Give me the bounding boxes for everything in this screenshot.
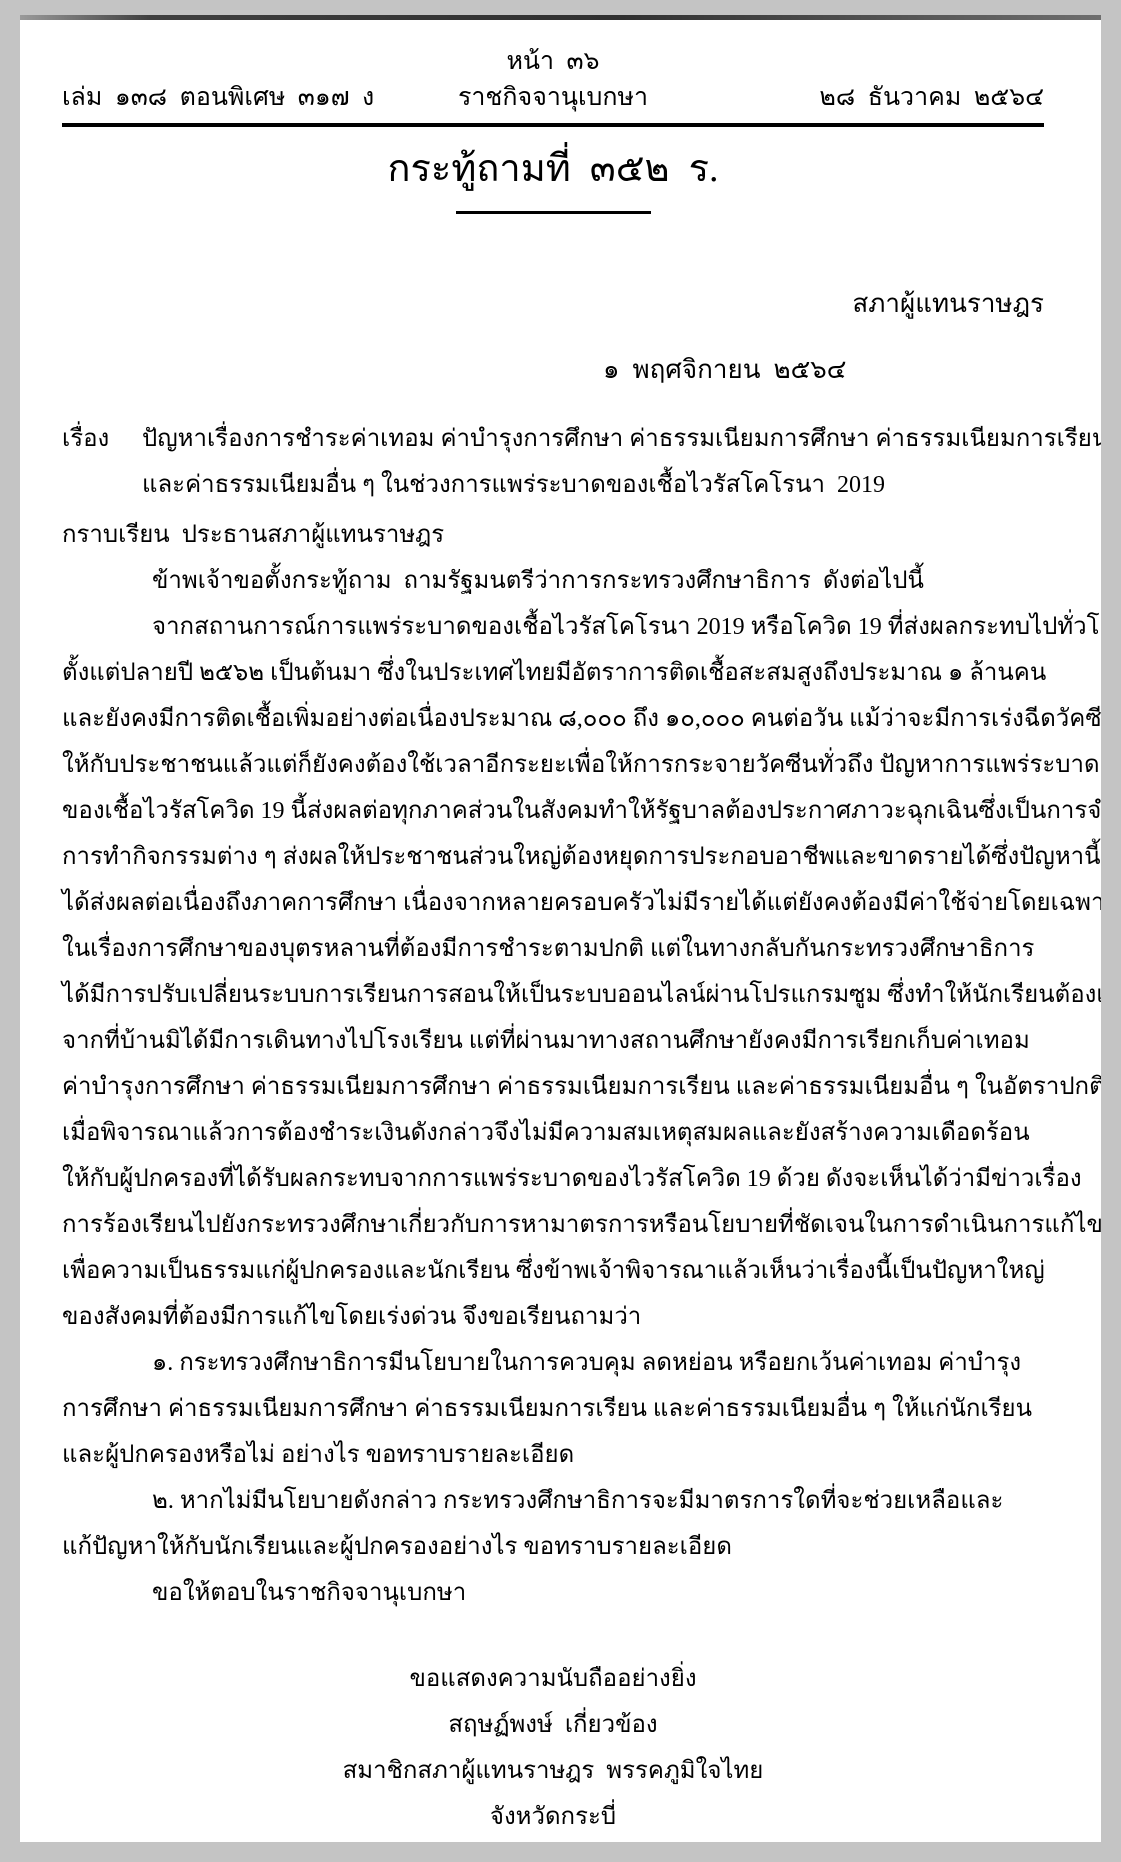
gazette-name: ราชกิจจานุเบกษา [458, 81, 648, 115]
subject-line: และค่าธรรมเนียมอื่น ๆ ในช่วงการแพร่ระบาด… [142, 462, 1101, 508]
gazette-volume: เล่ม ๑๓๘ ตอนพิเศษ ๓๑๗ ง [62, 81, 458, 115]
signer-province: จังหวัดกระบี่ [62, 1794, 1044, 1840]
subject-lines: ปัญหาเรื่องการชำระค่าเทอม ค่าบำรุงการศึก… [142, 416, 1101, 508]
page-top-scan-edge [20, 15, 1101, 20]
letter-date: ๑ พฤศจิกายน ๒๕๖๔ [603, 352, 1044, 388]
body-line: ให้กับประชาชนแล้วแต่ก็ยังคงต้องใช้เวลาอี… [62, 742, 1044, 788]
body-line: เพื่อความเป็นธรรมแก่ผู้ปกครองและนักเรียน… [62, 1248, 1044, 1294]
sender-organization: สภาผู้แทนราษฎร [62, 286, 1044, 322]
body-line: การทำกิจกรรมต่าง ๆ ส่งผลให้ประชาชนส่วนให… [62, 834, 1044, 880]
body-line: ได้ส่งผลต่อเนื่องถึงภาคการศึกษา เนื่องจา… [62, 880, 1044, 926]
title-underline [456, 211, 651, 214]
subject-label: เรื่อง [62, 416, 142, 508]
body-line: ของสังคมที่ต้องมีการแก้ไขโดยเร่งด่วน จึง… [62, 1294, 1044, 1340]
reply-request-line: ขอให้ตอบในราชกิจจานุเบกษา [62, 1570, 1044, 1616]
body-line: เมื่อพิจารณาแล้วการต้องชำระเงินดังกล่าวจ… [62, 1110, 1044, 1156]
document-title: กระทู้ถามที่ ๓๕๒ ร. [62, 139, 1044, 199]
body-line: และยังคงมีการติดเชื้อเพิ่มอย่างต่อเนื่อง… [62, 696, 1044, 742]
body-line: จากสถานการณ์การแพร่ระบาดของเชื้อไวรัสโคโ… [62, 604, 1044, 650]
question-1-line: ๑. กระทรวงศึกษาธิการมีนโยบายในการควบคุม … [62, 1340, 1044, 1386]
gazette-issue-date: ๒๘ ธันวาคม ๒๕๖๔ [648, 81, 1044, 115]
document-page: หน้า ๓๖ เล่ม ๑๓๘ ตอนพิเศษ ๓๑๗ ง ราชกิจจา… [20, 15, 1101, 1842]
intro-line: ข้าพเจ้าขอตั้งกระทู้ถาม ถามรัฐมนตรีว่ากา… [62, 558, 1044, 604]
body-line: ให้กับผู้ปกครองที่ได้รับผลกระทบจากการแพร… [62, 1156, 1044, 1202]
masthead-divider-rule [62, 123, 1044, 127]
question-1-line: การศึกษา ค่าธรรมเนียมการศึกษา ค่าธรรมเนี… [62, 1386, 1044, 1432]
body-line: การร้องเรียนไปยังกระทรวงศึกษาเกี่ยวกับกา… [62, 1202, 1044, 1248]
question-1-line: และผู้ปกครองหรือไม่ อย่างไร ขอทราบรายละเ… [62, 1432, 1044, 1478]
scan-viewport: หน้า ๓๖ เล่ม ๑๓๘ ตอนพิเศษ ๓๑๗ ง ราชกิจจา… [0, 0, 1121, 1862]
body-line: ได้มีการปรับเปลี่ยนระบบการเรียนการสอนให้… [62, 972, 1044, 1018]
subject-line: ปัญหาเรื่องการชำระค่าเทอม ค่าบำรุงการศึก… [142, 416, 1101, 462]
subject-block: เรื่อง ปัญหาเรื่องการชำระค่าเทอม ค่าบำรุ… [62, 416, 1044, 508]
body-line: ค่าบำรุงการศึกษา ค่าธรรมเนียมการศึกษา ค่… [62, 1064, 1044, 1110]
gazette-page-number: หน้า ๓๖ [62, 45, 1044, 79]
closing-block: ขอแสดงความนับถืออย่างยิ่ง สฤษฏ์พงษ์ เกี่… [62, 1656, 1044, 1840]
question-2-line: ๒. หากไม่มีนโยบายดังกล่าว กระทรวงศึกษาธิ… [62, 1478, 1044, 1524]
question-2-line: แก้ปัญหาให้กับนักเรียนและผู้ปกครองอย่างไ… [62, 1524, 1044, 1570]
signer-position: สมาชิกสภาผู้แทนราษฎร พรรคภูมิใจไทย [62, 1748, 1044, 1794]
signer-name: สฤษฏ์พงษ์ เกี่ยวข้อง [62, 1702, 1044, 1748]
body-line: ในเรื่องการศึกษาของบุตรหลานที่ต้องมีการช… [62, 926, 1044, 972]
body-line: ของเชื้อไวรัสโควิด 19 นี้ส่งผลต่อทุกภาคส… [62, 788, 1044, 834]
body-line: ตั้งแต่ปลายปี ๒๕๖๒ เป็นต้นมา ซึ่งในประเท… [62, 650, 1044, 696]
body-line: จากที่บ้านมิได้มีการเดินทางไปโรงเรียน แต… [62, 1018, 1044, 1064]
gazette-masthead: เล่ม ๑๓๘ ตอนพิเศษ ๓๑๗ ง ราชกิจจานุเบกษา … [62, 81, 1044, 115]
salutation: กราบเรียน ประธานสภาผู้แทนราษฎร [62, 512, 1044, 558]
closing-salute: ขอแสดงความนับถืออย่างยิ่ง [62, 1656, 1044, 1702]
